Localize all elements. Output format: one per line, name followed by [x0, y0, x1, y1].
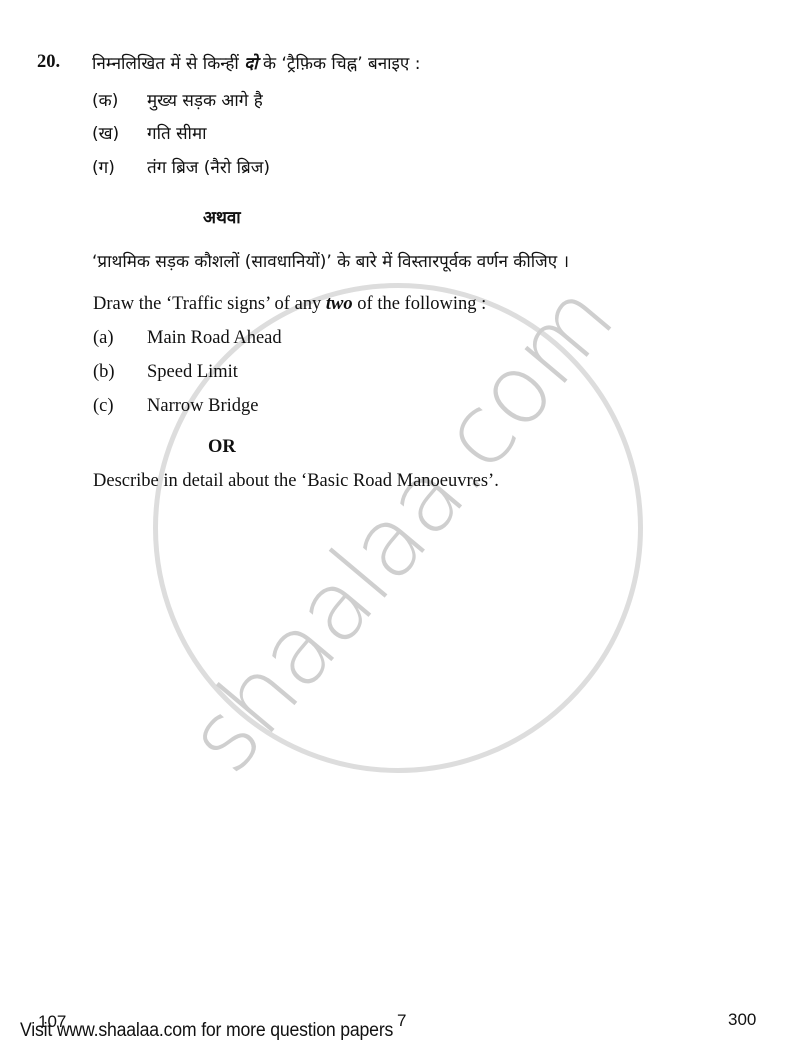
- website-promo-text: Visit www.shaalaa.com for more question …: [20, 1020, 393, 1042]
- set-code: 300: [728, 1010, 756, 1030]
- english-option-label: (a): [93, 328, 114, 349]
- english-prompt-emphasis: two: [326, 294, 353, 314]
- english-prompt-start: Draw the ‘Traffic signs’ of any: [93, 294, 326, 314]
- english-prompt-end: of the following :: [353, 294, 487, 314]
- hindi-alternative-question: ‘प्राथमिक सड़क कौशलों (सावधानियों)’ के ब…: [92, 249, 569, 272]
- english-alternative-question: Describe in detail about the ‘Basic Road…: [93, 471, 499, 492]
- hindi-option-label: (क): [92, 88, 118, 111]
- hindi-option-label: (ग): [92, 155, 115, 178]
- hindi-option-text: तंग ब्रिज (नैरो ब्रिज): [147, 155, 270, 178]
- hindi-option-label: (ख): [92, 121, 119, 144]
- english-option-text: Main Road Ahead: [147, 328, 282, 349]
- hindi-or-label: अथवा: [203, 205, 241, 228]
- english-option-label: (c): [93, 396, 114, 417]
- hindi-option-text: मुख्य सड़क आगे है: [147, 88, 263, 111]
- hindi-prompt: निम्नलिखित में से किन्हीं दो के ‘ट्रैफ़ि…: [92, 51, 420, 74]
- page-number: 7: [397, 1011, 406, 1031]
- english-or-label: OR: [208, 437, 236, 458]
- question-page: 20. निम्नलिखित में से किन्हीं दो के ‘ट्र…: [0, 0, 800, 1060]
- question-number: 20.: [37, 52, 60, 73]
- hindi-option-text: गति सीमा: [147, 121, 207, 144]
- english-prompt: Draw the ‘Traffic signs’ of any two of t…: [93, 294, 486, 315]
- english-option-text: Narrow Bridge: [147, 396, 258, 417]
- hindi-prompt-start: निम्नलिखित में से किन्हीं: [92, 54, 244, 74]
- hindi-prompt-end: के ‘ट्रैफ़िक चिह्न’ बनाइए :: [258, 54, 421, 74]
- english-option-label: (b): [93, 362, 115, 383]
- hindi-prompt-emphasis: दो: [244, 54, 257, 74]
- english-option-text: Speed Limit: [147, 362, 238, 383]
